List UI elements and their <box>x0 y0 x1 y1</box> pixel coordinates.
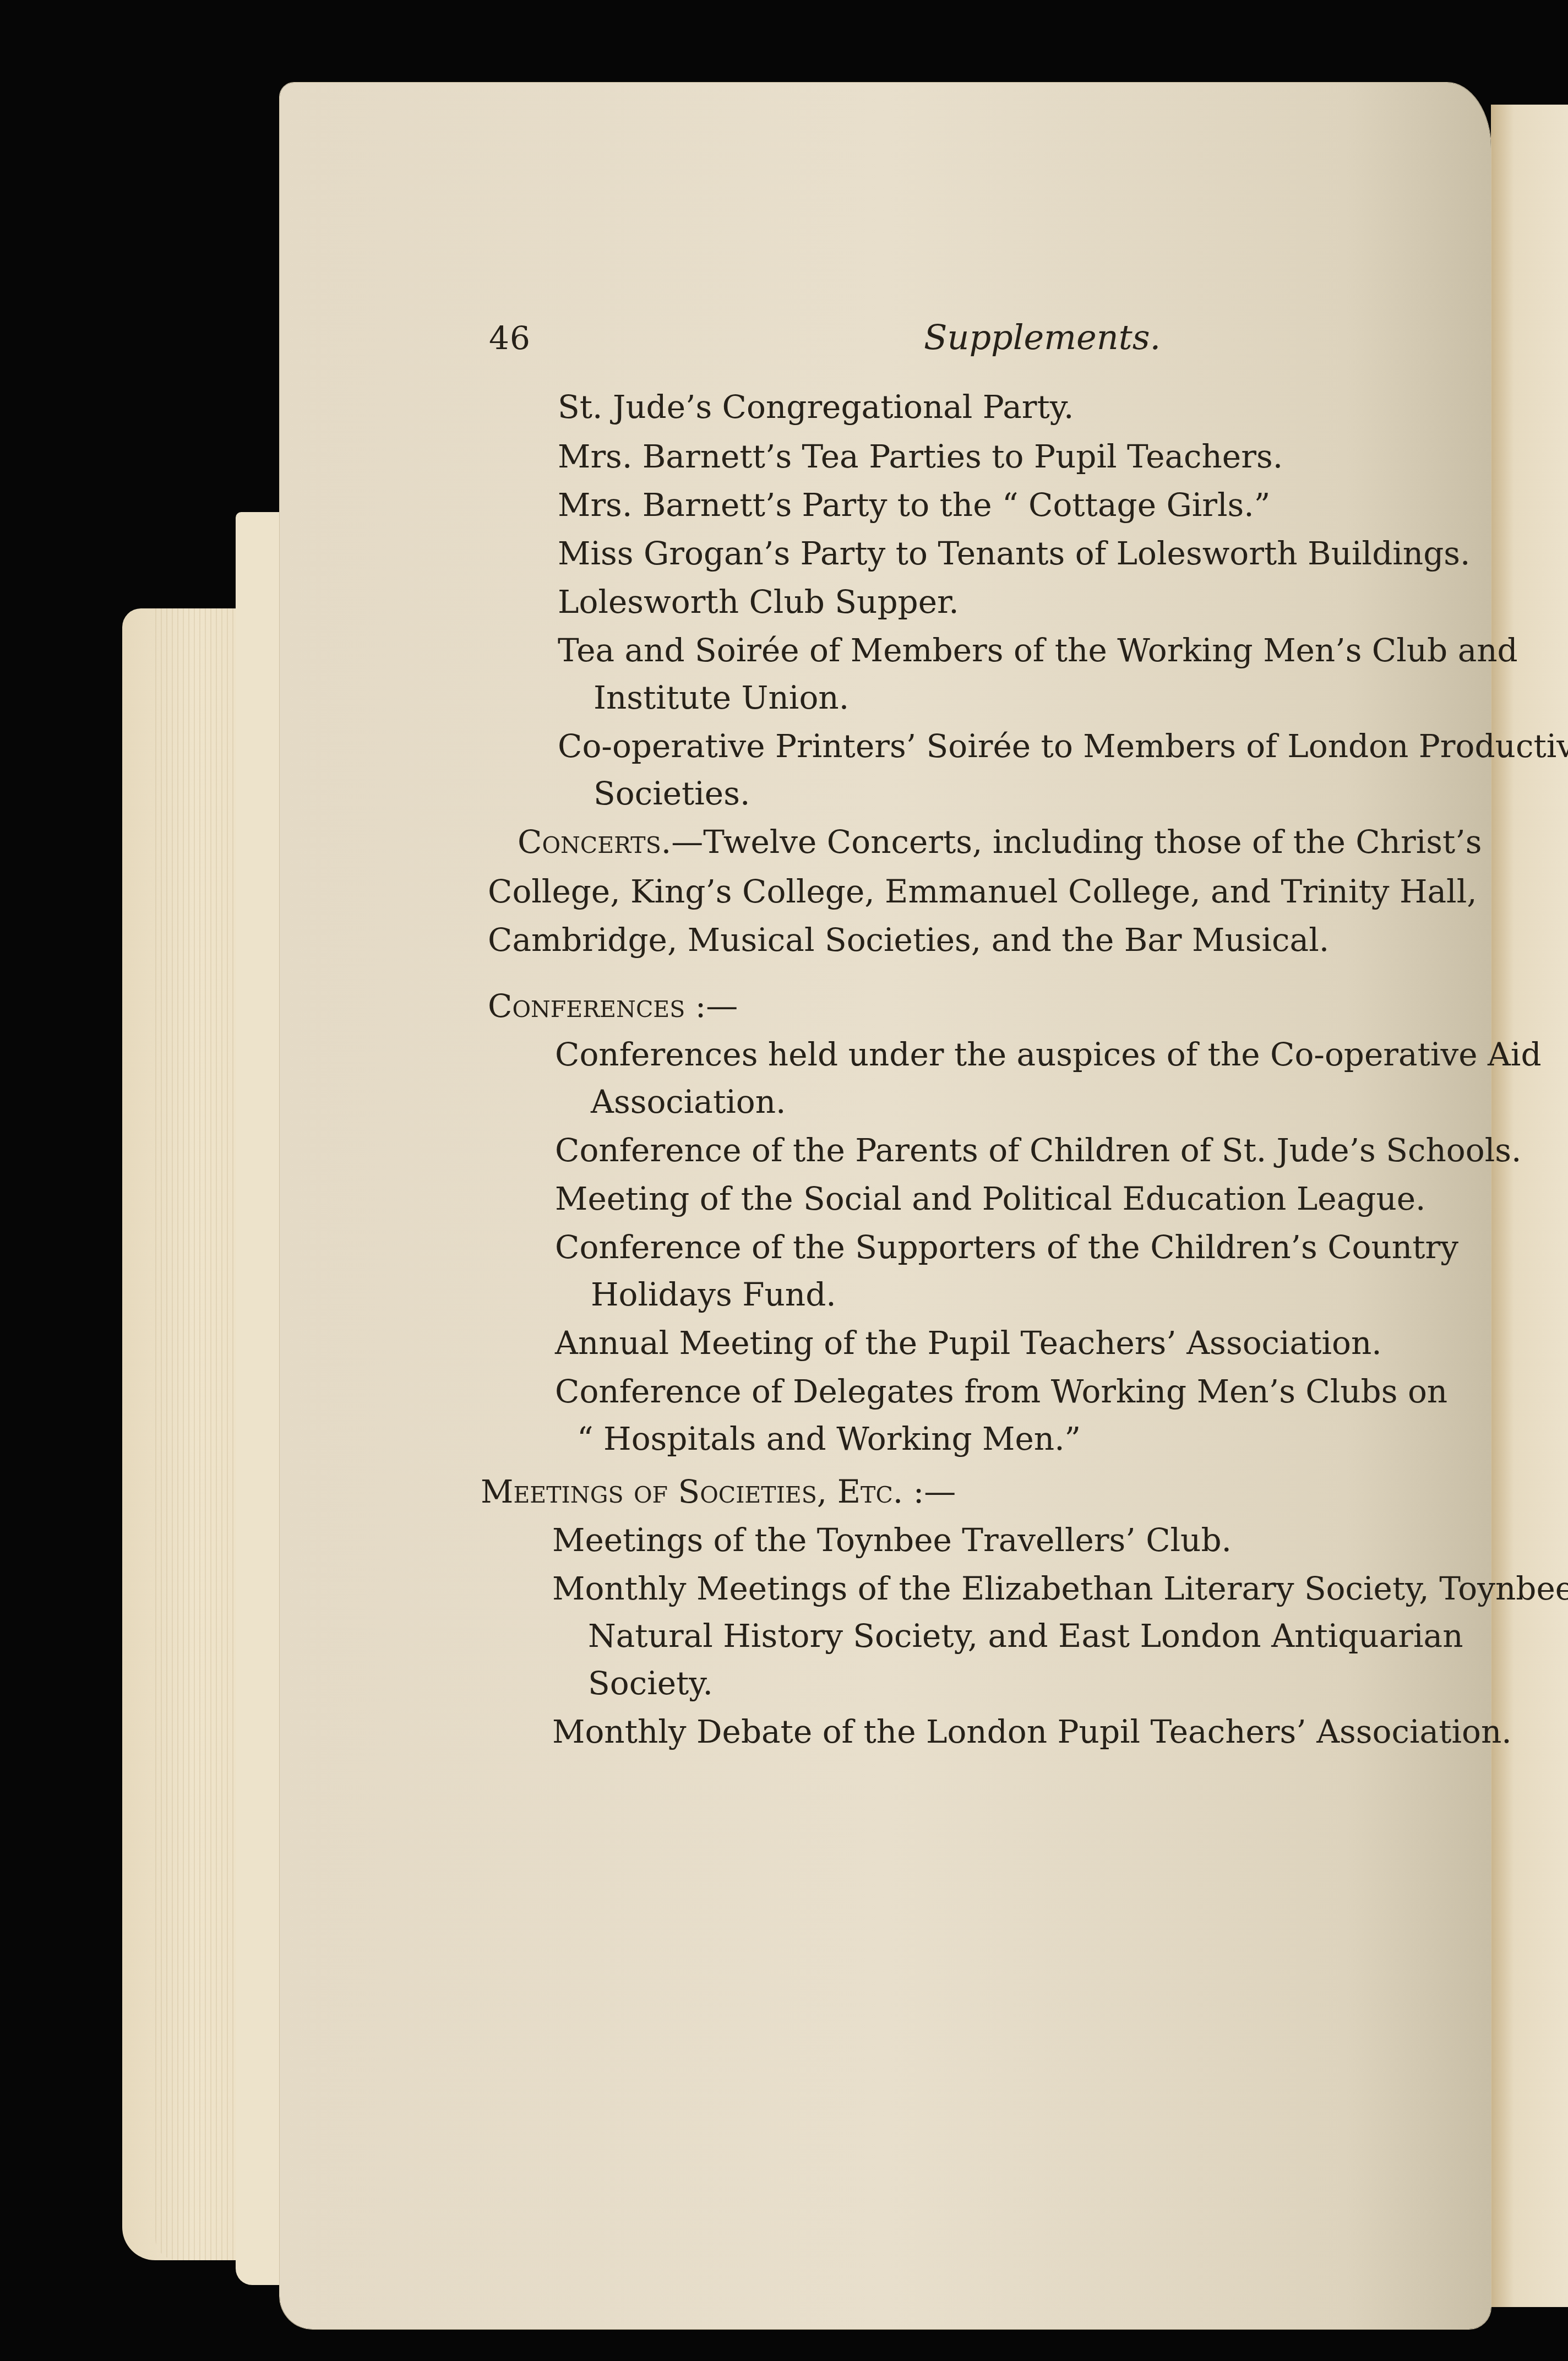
list-item-continuation: Holidays Fund. <box>591 1279 836 1310</box>
running-title: Supplements. <box>924 317 1161 357</box>
list-item: Annual Meeting of the Pupil Teachers’ As… <box>555 1327 1382 1359</box>
conferences-heading: Conferences :— <box>488 990 738 1022</box>
list-item-continuation: Institute Union. <box>594 682 849 714</box>
list-item: Lolesworth Club Supper. <box>558 586 959 618</box>
list-item-continuation: Societies. <box>594 777 750 809</box>
concerts-text: —Twelve Concerts, including those of the… <box>671 823 1482 861</box>
page-number: 46 <box>489 319 531 357</box>
list-item: Mrs. Barnett’s Tea Parties to Pupil Teac… <box>558 440 1283 472</box>
list-item: Co-operative Printers’ Soirée to Members… <box>558 730 1568 762</box>
list-item: Meetings of the Toynbee Travellers’ Club… <box>552 1524 1232 1556</box>
list-item: Conference of Delegates from Working Men… <box>555 1375 1447 1407</box>
list-item: Miss Grogan’s Party to Tenants of Lolesw… <box>558 537 1471 569</box>
list-item: Monthly Debate of the London Pupil Teach… <box>552 1716 1512 1748</box>
list-item-continuation: Association. <box>591 1086 786 1118</box>
list-item: Mrs. Barnett’s Party to the “ Cottage Gi… <box>558 489 1270 521</box>
list-item: Conference of the Parents of Children of… <box>555 1134 1521 1166</box>
list-item-continuation: Natural History Society, and East London… <box>588 1620 1463 1652</box>
scan-background: 46 Supplements. St. Jude’s Congregationa… <box>0 0 1568 2361</box>
concerts-heading: Concerts. <box>518 823 671 861</box>
list-item: Monthly Meetings of the Elizabethan Lite… <box>552 1573 1568 1604</box>
concerts-paragraph-line: Concerts.—Twelve Concerts, including tho… <box>518 826 1482 858</box>
meetings-heading: Meetings of Societies, Etc. :— <box>481 1476 956 1508</box>
page-text: 46 Supplements. St. Jude’s Congregationa… <box>280 83 1491 2329</box>
list-item: St. Jude’s Congregational Party. <box>558 391 1074 423</box>
list-item-continuation: Society. <box>588 1667 713 1699</box>
list-item-continuation: “ Hospitals and Working Men.” <box>577 1423 1081 1455</box>
page-header: 46 Supplements. <box>489 319 1414 369</box>
list-item: Tea and Soirée of Members of the Working… <box>558 634 1518 666</box>
list-item: Conferences held under the auspices of t… <box>555 1038 1542 1070</box>
list-item: Meeting of the Social and Political Educ… <box>555 1183 1426 1215</box>
book-page: 46 Supplements. St. Jude’s Congregationa… <box>280 83 1491 2329</box>
facing-page-edge <box>1491 105 1568 2307</box>
concerts-paragraph-line: Cambridge, Musical Societies, and the Ba… <box>488 924 1329 956</box>
list-item: Conference of the Supporters of the Chil… <box>555 1231 1458 1263</box>
concerts-paragraph-line: College, King’s College, Emmanuel Colleg… <box>488 875 1477 907</box>
